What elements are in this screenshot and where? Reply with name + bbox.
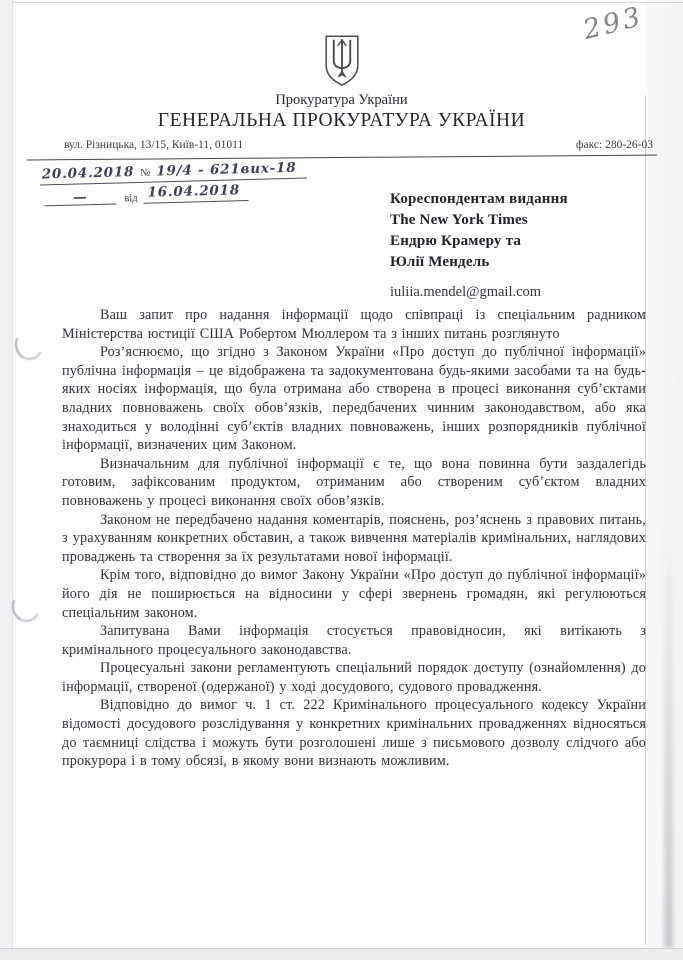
handwritten-from-date: 16.04.2018 (147, 182, 240, 200)
body-paragraph: Ваш запит про надання інформації щодо сп… (62, 306, 646, 343)
handwritten-dash: — (73, 189, 88, 205)
blank-underline: — (44, 190, 116, 207)
from-date-underline: 16.04.2018 (143, 181, 248, 204)
body-paragraph: Запитувана Вами інформація стосується пр… (62, 622, 646, 659)
org-name-small: Прокуратура України (0, 92, 683, 109)
handwritten-date: 20.04.2018 (42, 164, 135, 182)
recipient-line: Кореспондентам видання (390, 189, 568, 210)
letterhead: Прокуратура України ГЕНЕРАЛЬНА ПРОКУРАТУ… (0, 0, 683, 158)
recipient-line: Юлії Мендель (390, 252, 568, 273)
number-sign-label: № (140, 168, 150, 179)
body-paragraph: Роз’яснюємо, що згідно з Законом України… (62, 343, 646, 455)
org-fax: факс: 280-26-03 (576, 139, 653, 151)
letter-body: Ваш запит про надання інформації щодо сп… (62, 306, 646, 771)
body-paragraph: Крім того, відповідно до вимог Закону Ук… (62, 566, 646, 622)
recipient-block: Кореспондентам виданняThe New York Times… (390, 189, 568, 303)
org-address: вул. Різницька, 13/15, Київ-11, 01011 (64, 139, 243, 151)
punch-hole-bottom (8, 588, 44, 625)
scan-streak (664, 518, 673, 948)
body-paragraph: Відповідно до вимог ч. 1 ст. 222 Криміна… (62, 696, 646, 770)
handwritten-outgoing-number: 19/4 - 621вих-18 (156, 160, 297, 180)
letterhead-contact-row: вул. Різницька, 13/15, Київ-11, 01011 фа… (0, 139, 683, 151)
tryzub-emblem-icon (323, 34, 361, 88)
from-label: від (124, 193, 138, 204)
recipient-line: The New York Times (390, 210, 568, 231)
scan-edge-bottom (0, 948, 683, 960)
reference-block: 20.04.2018 № 19/4 - 621вих-18 — від 16.0… (40, 159, 308, 207)
body-paragraph: Визначальним для публічної інформації є … (62, 455, 646, 511)
scanned-letter-page: 293 Прокуратура України ГЕНЕРАЛЬНА ПРОКУ… (0, 0, 683, 960)
body-paragraph: Процесуальні закони регламентують спеціа… (62, 659, 646, 696)
org-name-main: ГЕНЕРАЛЬНА ПРОКУРАТУРА УКРАЇНИ (0, 110, 683, 132)
recipient-email: iuliia.mendel@gmail.com (390, 282, 568, 303)
recipient-line: Ендрю Крамеру та (390, 231, 568, 252)
letterhead-rule (27, 155, 657, 161)
body-paragraph: Законом не передбачено надання коментарі… (62, 511, 646, 567)
punch-hole-top (11, 326, 47, 363)
